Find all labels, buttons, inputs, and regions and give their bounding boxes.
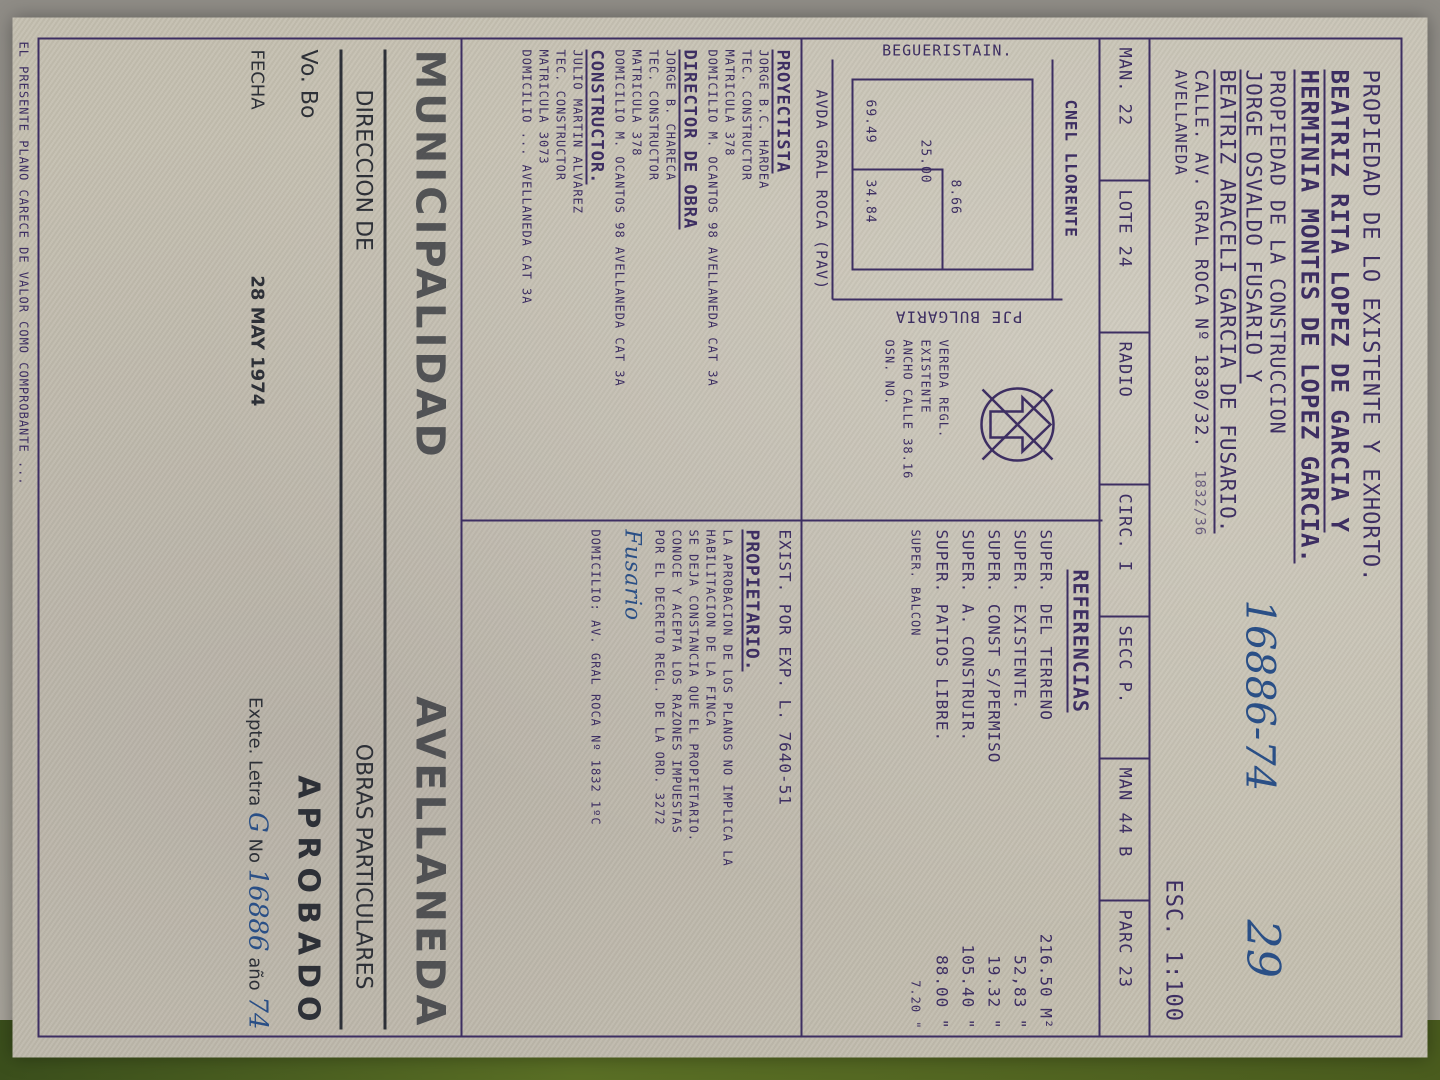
- cadastral-cell-man: MAN 44 B: [1101, 760, 1149, 908]
- construction-label: PROPIEDAD DE LA CONSTRUCCION: [1266, 70, 1290, 1050]
- expediente-year-label: año: [245, 957, 266, 990]
- cadastral-cell-secc: SECC P.: [1101, 618, 1149, 766]
- stamp-fecha-label: FECHA: [247, 50, 268, 110]
- director-title: DIRECTOR DE OBRA: [679, 50, 698, 230]
- scale-label: ESC. 1:100: [1161, 880, 1186, 1022]
- stamp-vobo: Vo. Bo: [296, 50, 321, 119]
- header-block: PROPIEDAD DE LO EXISTENTE y EXHORTO. BEA…: [1172, 70, 1383, 1050]
- propietario-title: PROPIETARIO.: [742, 530, 761, 672]
- references-title: REFERENCIAS: [1067, 570, 1093, 713]
- reference-row: SUPER. EXISTENTE.52,83 ": [1007, 530, 1033, 1030]
- title-block-frame: PROPIEDAD DE LO EXISTENTE y EXHORTO. BEA…: [38, 38, 1403, 1038]
- dim-3: 69.49: [863, 100, 878, 144]
- expediente-label: Expte. Letra: [245, 697, 266, 806]
- owner-signature: Fusario: [624, 530, 641, 1030]
- professionals-panel: PROYECTISTA JORGE B.C. HARDEA TEC. CONST…: [518, 50, 791, 510]
- document-sheet: PROPIEDAD DE LO EXISTENTE y EXHORTO. BEA…: [13, 18, 1428, 1058]
- reference-row: SUPER. PATIOS LIBRE.88.00 ": [929, 530, 955, 1030]
- projectista-title: PROYECTISTA: [772, 50, 791, 174]
- stamp-municipalidad: MUNICIPALIDAD: [407, 50, 453, 461]
- existing-owner-2: HERMINIA MONTES de LOPEZ GARCIA.: [1294, 70, 1324, 564]
- site-notes: VEREDA REGL. EXISTENTE ANCHO CALLE 38.16…: [881, 340, 953, 480]
- reference-row: SUPER. DEL TERRENO216.50 M²: [1033, 530, 1059, 1030]
- cadastral-cell-circ: CIRC. I: [1101, 486, 1149, 624]
- file-number-handwritten: 16886-74: [1237, 600, 1283, 792]
- street-top: Cnel LLORENTE: [1062, 100, 1081, 238]
- construction-owner-2: BEATRIZ ARACELI GARCIA DE FUSARIO.: [1214, 70, 1240, 534]
- street-address: CALLE. Av. GRAL ROCA Nº 1830/32.: [1191, 70, 1212, 449]
- divider-2: [461, 40, 463, 1036]
- cadastral-row: MAN. 22 LOTE 24 RADIO CIRC. I SECC P. MA…: [1099, 40, 1151, 1036]
- stamp-avellaneda: AVELLANEDA: [407, 696, 453, 1029]
- sheet-number-handwritten: 29: [1237, 920, 1291, 979]
- footer-note: EL PRESENTE PLANO CARECE DE VALOR COMO C…: [17, 42, 31, 486]
- cadastral-cell-radio: RADIO: [1101, 334, 1149, 492]
- dim-1: 34.84: [863, 180, 878, 224]
- document-title: PROPIEDAD DE LO EXISTENTE y EXHORTO.: [1358, 70, 1383, 1050]
- reference-row: SUPER. BALCON7.20 ": [903, 530, 929, 1030]
- divider-vertical: [463, 520, 803, 522]
- stamp-date: 28 MAY 1974: [247, 275, 268, 406]
- street-bottom: Avda GRAL ROCA (PAV): [813, 90, 831, 291]
- stamp-aprobado: APROBADO: [291, 775, 326, 1029]
- owner-domicilio: DOMICILIO: Av. GRAL ROCA Nº 1832 1ºC: [587, 530, 604, 1030]
- cadastral-cell-lote: LOTE 24: [1101, 182, 1149, 340]
- cadastral-cell-manzana: MAN. 22: [1101, 40, 1149, 188]
- street-right: PJE BULGARIA: [895, 308, 1023, 327]
- cadastral-cell-parc: PARC 23: [1101, 902, 1149, 1040]
- existing-owner-1: BEATRIZ RITA LOPEZ de GARCIA y: [1324, 70, 1354, 533]
- references-list: SUPER. DEL TERRENO216.50 M² SUPER. EXIST…: [903, 530, 1059, 1030]
- dim-4: 25.00: [918, 140, 933, 184]
- municipal-stamp: MUNICIPALIDAD AVELLANEDA DIRECCION DE OB…: [243, 50, 453, 1030]
- stamp-obras: OBRAS PARTICULARES: [351, 744, 376, 990]
- owner-declaration-panel: PROPIETARIO. LA APROBACION DE LOS PLANOS…: [587, 530, 761, 1030]
- expediente-year: 74: [243, 996, 273, 1029]
- expediente-number: 16886: [243, 869, 273, 952]
- street-left: BEGUERISTAIN.: [882, 42, 1012, 60]
- address-note: 1832/36: [1192, 470, 1208, 536]
- references-panel: REFERENCIAS SUPER. DEL TERRENO216.50 M² …: [903, 530, 1093, 1030]
- construction-owner-1: JORGE OSVALDO FUSARIO y: [1240, 70, 1266, 384]
- stamp-direccion: DIRECCION DE: [351, 90, 376, 251]
- north-arrow-icon: [973, 380, 1063, 470]
- divider-1: [801, 40, 803, 1036]
- expediente-no-label: No: [245, 839, 266, 863]
- dim-2: 8.66: [948, 180, 963, 215]
- constructor-title: CONSTRUCTOR.: [586, 50, 605, 185]
- reference-row: SUPER. A. CONSTRUIR.105.40 ": [955, 530, 981, 1030]
- site-plan-panel: Cnel LLORENTE PJE BULGARIA Avda GRAL ROC…: [803, 40, 1103, 522]
- expediente-letter: G: [243, 812, 273, 833]
- expedient-reference: EXIST. POR EXP. L. 7640-51: [776, 530, 795, 806]
- reference-row: SUPER. CONST S/PERMISO19.32 ": [981, 530, 1007, 1030]
